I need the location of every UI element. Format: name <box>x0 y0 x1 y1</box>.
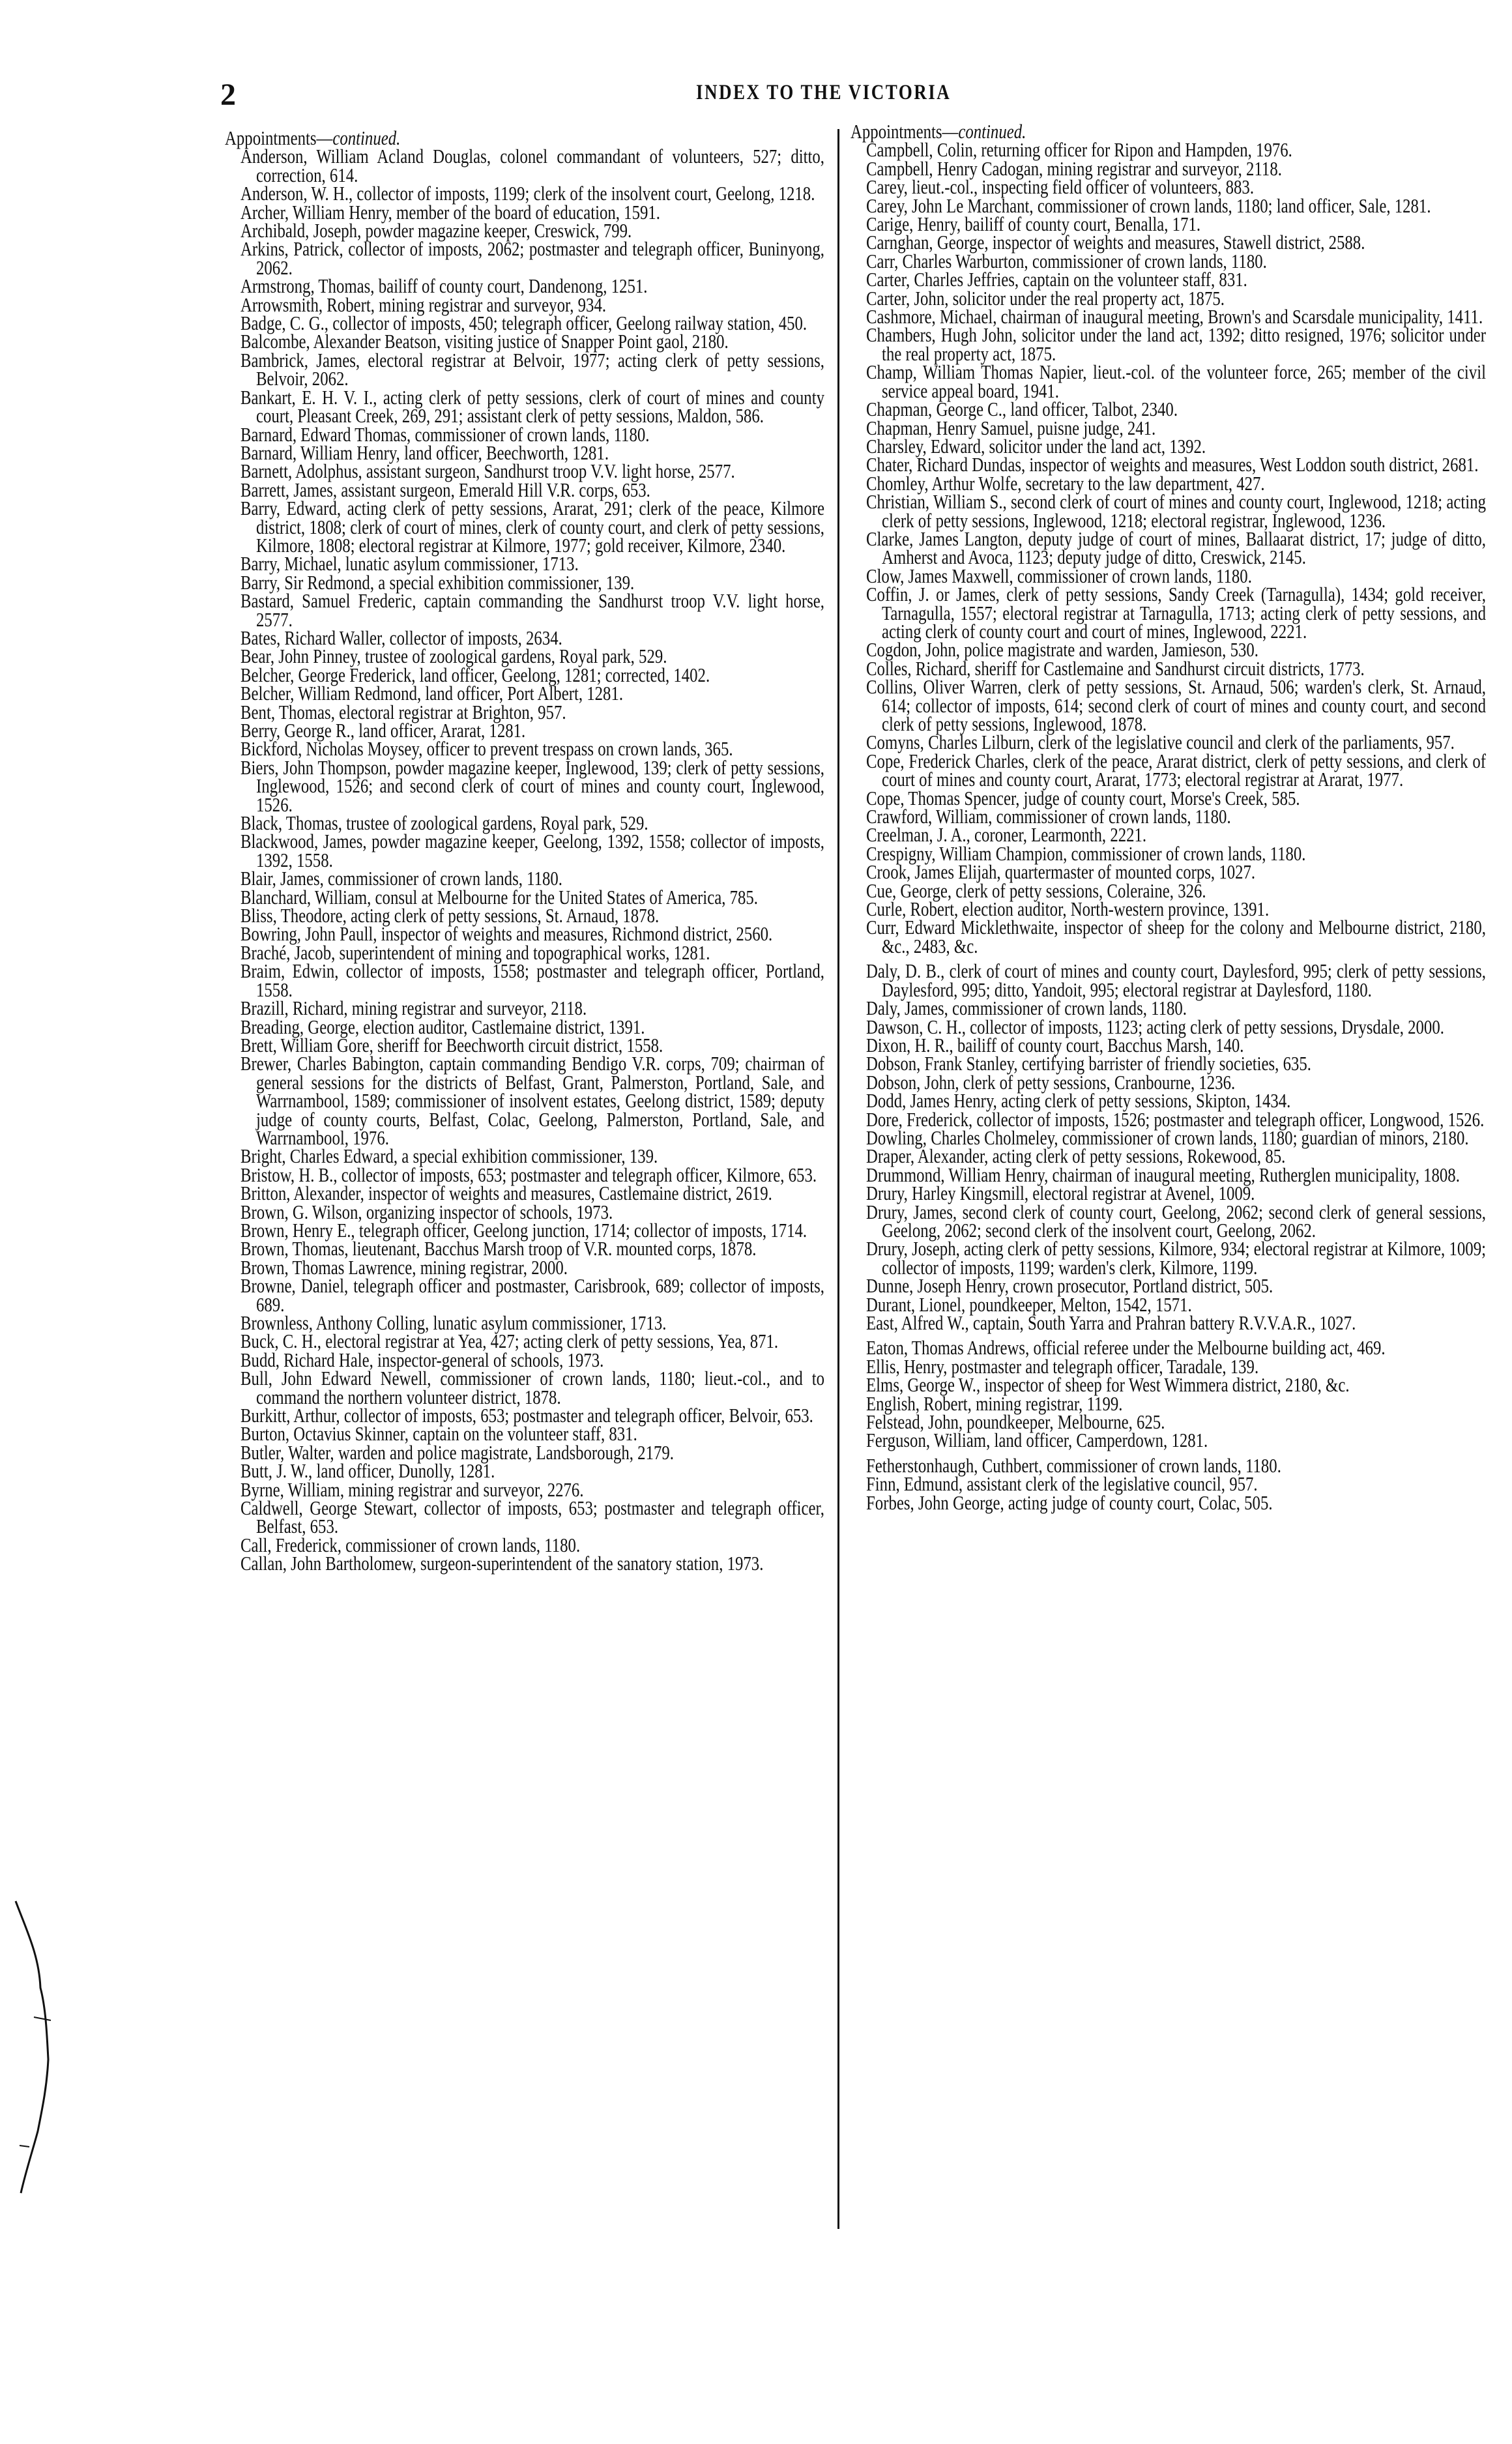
index-entry: Biers, John Thompson, powder magazine ke… <box>240 759 824 814</box>
page-number: 2 <box>220 77 236 113</box>
index-entry: Ferguson, William, land officer, Camperd… <box>866 1431 1486 1449</box>
index-entry: Caldwell, George Stewart, collector of i… <box>240 1499 824 1536</box>
index-entry: Browne, Daniel, telegraph officer and po… <box>240 1277 824 1314</box>
index-entry: Champ, William Thomas Napier, lieut.-col… <box>866 363 1486 400</box>
index-entry: Curr, Edward Micklethwaite, inspector of… <box>866 918 1486 955</box>
index-entry: Barry, Edward, acting clerk of petty ses… <box>240 499 824 555</box>
index-entry: Drury, Joseph, acting clerk of petty ses… <box>866 1240 1486 1277</box>
entry-list: Anderson, William Acland Douglas, colone… <box>225 147 824 1573</box>
index-entry: Blackwood, James, powder magazine keeper… <box>240 832 824 869</box>
index-entry: Coffin, J. or James, clerk of petty sess… <box>866 585 1486 641</box>
index-entry: Brewer, Charles Babington, captain comma… <box>240 1055 824 1147</box>
index-entry: Chambers, Hugh John, solicitor under the… <box>866 326 1486 363</box>
index-entry: Bastard, Samuel Frederic, captain comman… <box>240 592 824 629</box>
index-entry: Bambrick, James, electoral registrar at … <box>240 351 824 388</box>
index-entry: Collins, Oliver Warren, clerk of petty s… <box>866 678 1486 733</box>
entry-list: Campbell, Colin, returning officer for R… <box>850 141 1486 1512</box>
running-title: INDEX TO THE VICTORIA <box>696 81 951 105</box>
index-column-right: Appointments—continued. Campbell, Colin,… <box>850 123 1486 1512</box>
index-column-left: Appointments—continued. Anderson, Willia… <box>225 129 824 1573</box>
index-entry: Christian, William S., second clerk of c… <box>866 493 1486 530</box>
column-divider <box>837 129 839 2229</box>
index-entry: Daly, D. B., clerk of court of mines and… <box>866 962 1486 999</box>
index-entry: Arkins, Patrick, collector of imposts, 2… <box>240 240 824 277</box>
index-entry: Bull, John Edward Newell, commissioner o… <box>240 1369 824 1406</box>
index-entry: Clarke, James Langton, deputy judge of c… <box>866 530 1486 567</box>
index-entry: Bankart, E. H. V. I., acting clerk of pe… <box>240 388 824 426</box>
index-entry: Anderson, William Acland Douglas, colone… <box>240 147 824 184</box>
index-entry: Forbes, John George, acting judge of cou… <box>866 1494 1486 1512</box>
index-entry: Cope, Frederick Charles, clerk of the pe… <box>866 752 1486 789</box>
index-entry: Callan, John Bartholomew, surgeon-superi… <box>240 1554 824 1573</box>
index-entry: East, Alfred W., captain, South Yarra an… <box>866 1314 1486 1332</box>
index-entry: Braim, Edwin, collector of imposts, 1558… <box>240 962 824 999</box>
index-entry: Drury, James, second clerk of county cou… <box>866 1203 1486 1240</box>
